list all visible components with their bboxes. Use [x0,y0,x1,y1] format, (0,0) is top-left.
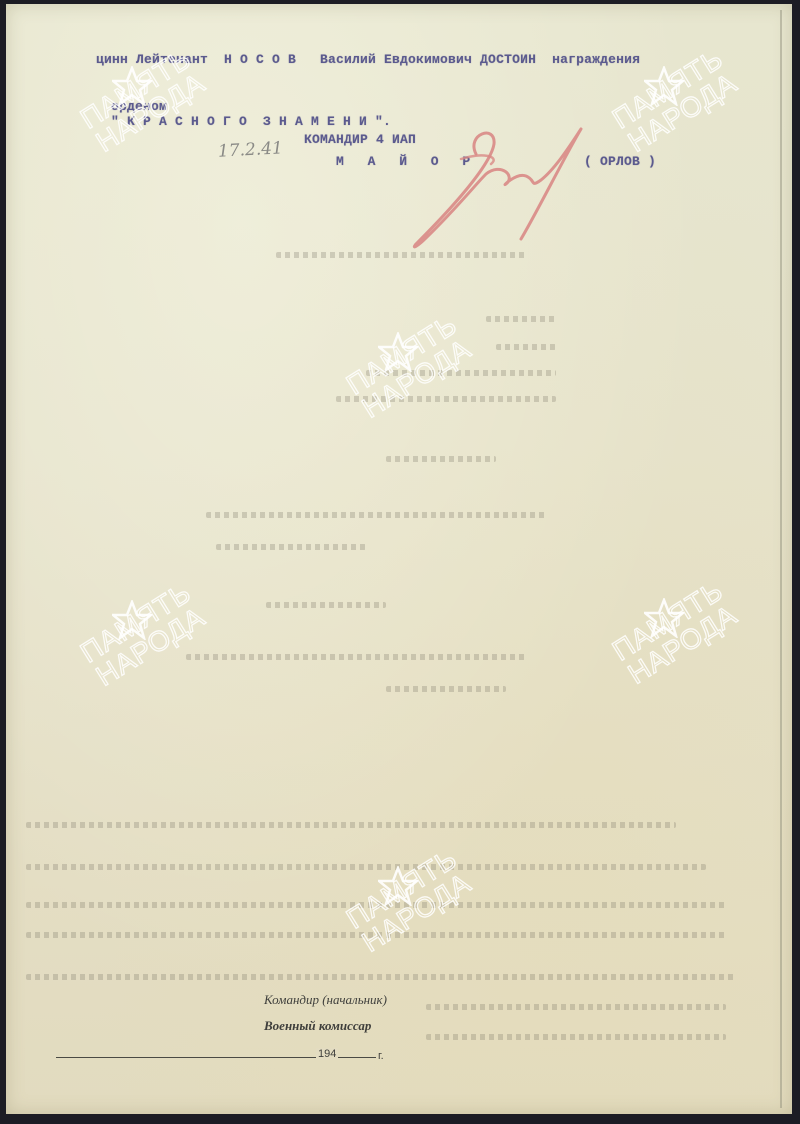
commander-label: Командир (начальник) [264,992,387,1008]
page-edge-shadow [780,10,782,1108]
scanned-document-page: цинн Лейтенант Н О С О В Василий Евдоким… [6,4,792,1114]
watermark-text: ПАМЯТЬНАРОДА [76,578,211,691]
watermark-text: ПАМЯТЬНАРОДА [608,576,743,689]
year-suffix: г. [378,1050,384,1062]
commissar-label: Военный комиссар [264,1018,371,1034]
watermark: ПАМЯТЬНАРОДА [608,66,778,216]
red-signature [406,114,596,254]
order-prefix: орденом [111,99,167,114]
year-prefix: 194 [316,1048,338,1060]
handwritten-date: 17.2.41 [218,138,284,161]
star-icon [644,598,684,638]
watermark: ПАМЯТЬНАРОДА [608,598,778,748]
star-icon [378,866,418,906]
commander-title: КОМАНДИР 4 ИАП [304,132,416,147]
star-icon [112,600,152,640]
watermark-text: ПАМЯТЬНАРОДА [342,844,477,957]
watermark: ПАМЯТЬНАРОДА [76,600,246,750]
order-name: " К Р А С Н О Г О З Н А М Е Н И ". [111,114,391,129]
award-line-1: цинн Лейтенант Н О С О В Василий Евдоким… [96,52,640,67]
star-icon [378,332,418,372]
star-icon [644,66,684,106]
watermark-text: ПАМЯТЬНАРОДА [342,310,477,423]
